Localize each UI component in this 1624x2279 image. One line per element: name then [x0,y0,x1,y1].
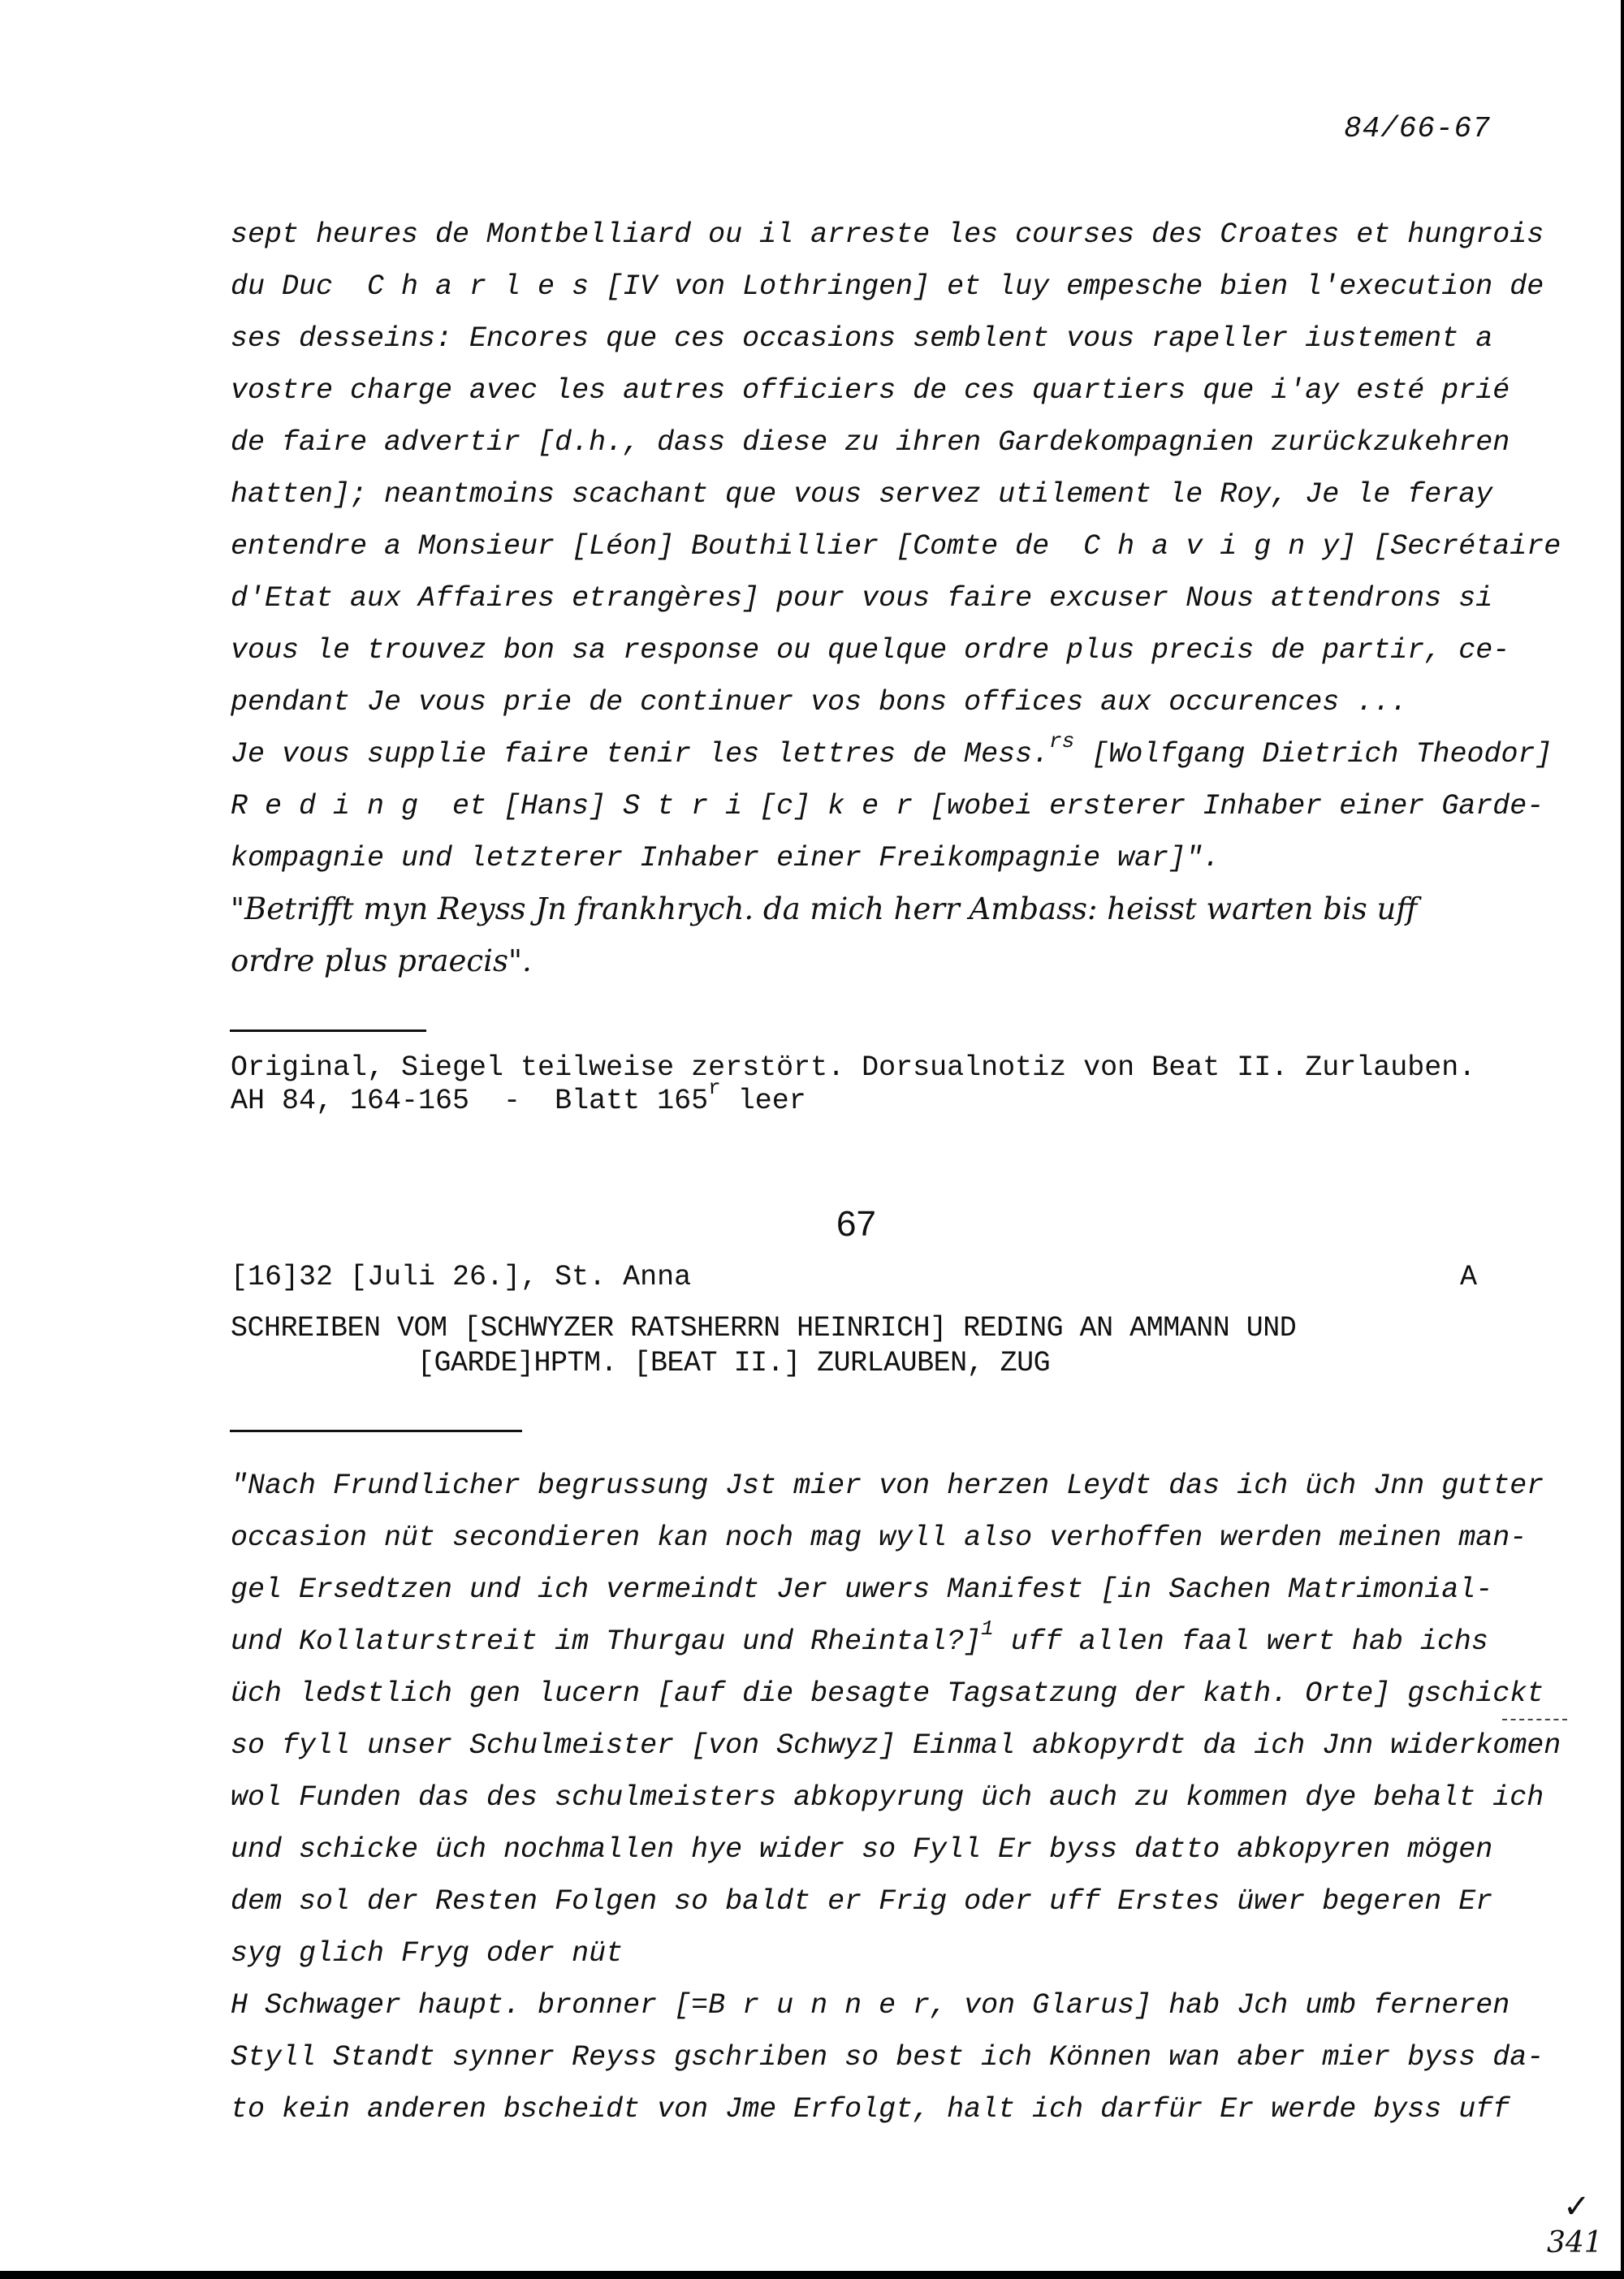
text-line: syg glich Fryg oder nüt [231,1937,623,1970]
text-line: gel Ersedtzen und ich vermeindt Jer uwer… [231,1573,1492,1606]
dorsal-note-line: "Betrifft myn Reyss Jn frankhrych. da mi… [231,893,1418,926]
text-line: "Nach Frundlicher begrussung Jst mier vo… [231,1470,1544,1502]
text-segment: und Kollaturstreit im Thurgau und Rheint… [231,1625,981,1658]
stray-scan-marks [1502,1719,1567,1722]
text-line: R e d i n g et [Hans] S t r i [c] k e r … [231,790,1544,822]
text-segment: [Wolfgang Dietrich Theodor] [1074,738,1552,770]
text-line: dem sol der Resten Folgen so baldt er Fr… [231,1885,1492,1918]
check-mark-icon: ✓ [1563,2188,1591,2225]
text-line: Styll Standt synner Reyss gschriben so b… [231,2041,1544,2074]
text-line: kompagnie und letzterer Inhaber einer Fr… [231,842,1220,874]
superscript: r [708,1076,721,1100]
text-line: vous le trouvez bon sa response ou quelq… [231,634,1510,667]
superscript: rs [1049,729,1074,753]
text-line: H Schwager haupt. bronner [=B r u n n e … [231,1989,1510,2022]
section-divider [230,1430,522,1432]
text-line: und Kollaturstreit im Thurgau und Rheint… [231,1625,1488,1660]
text-line: pendant Je vous prie de continuer vos bo… [231,686,1407,719]
text-line: de faire advertir [d.h., dass diese zu i… [231,426,1510,459]
text-line: d'Etat aux Affaires etrangères] pour vou… [231,582,1492,615]
text-line: so fyll unser Schulmeister [von Schwyz] … [231,1729,1561,1762]
dorsal-note-line: ordre plus praecis". [231,945,532,978]
footnote-marker: 1 [981,1616,994,1641]
page-edge-bottom [0,2271,1624,2279]
text-segment: AH 84, 164-165 - Blatt 165 [231,1085,708,1117]
page-edge-right [1621,0,1624,2279]
text-line: entendre a Monsieur [Léon] Bouthillier [… [231,530,1561,563]
page-number: 84/66-67 [1344,112,1491,145]
document-type-marker: A [1460,1261,1477,1293]
text-line: Je vous supplie faire tenir les lettres … [231,738,1553,772]
text-line: und schicke üch nochmallen hye wider so … [231,1833,1492,1866]
document-title: SCHREIBEN VOM [SCHWYZER RATSHERRN HEINRI… [231,1312,1296,1345]
document-number: 67 [836,1204,876,1245]
handwritten-folio-number: 341 [1547,2226,1603,2260]
text-line: üch ledstlich gen lucern [auf die besagt… [231,1677,1544,1710]
text-line: ses desseins: Encores que ces occasions … [231,322,1492,355]
text-line: occasion nüt secondieren kan noch mag wy… [231,1521,1527,1554]
text-line: wol Funden das des schulmeisters abkopyr… [231,1781,1544,1814]
document-title-continued: [GARDE]HPTM. [BEAT II.] ZURLAUBEN, ZUG [417,1347,1050,1379]
text-line: vostre charge avec les autres officiers … [231,374,1510,407]
text-line: to kein anderen bscheidt von Jme Erfolgt… [231,2093,1510,2126]
section-divider [230,1029,426,1032]
text-segment: Je vous supplie faire tenir les lettres … [231,738,1049,770]
text-segment: leer [721,1085,806,1117]
text-line: du Duc C h a r l e s [IV von Lothringen]… [231,270,1544,303]
source-note-line: AH 84, 164-165 - Blatt 165r leer [231,1085,806,1119]
date-place: [16]32 [Juli 26.], St. Anna [231,1261,691,1293]
text-line: hatten]; neantmoins scachant que vous se… [231,478,1492,511]
text-line: sept heures de Montbelliard ou il arrest… [231,218,1544,251]
text-segment: uff allen faal wert hab ichs [994,1625,1488,1658]
source-note-line: Original, Siegel teilweise zerstört. Dor… [231,1051,1475,1084]
